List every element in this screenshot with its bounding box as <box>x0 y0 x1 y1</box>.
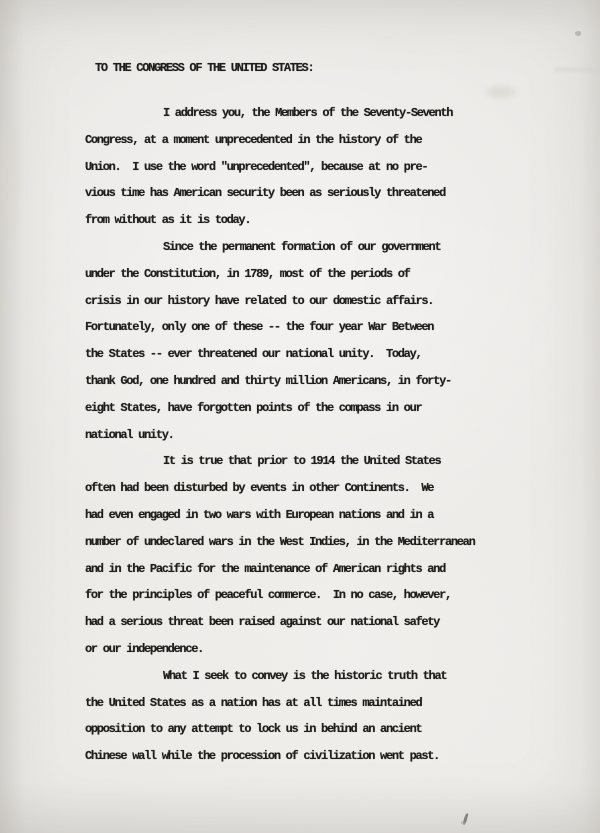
document-line: crisis in our history have related to ou… <box>85 288 474 315</box>
document-line: number of undeclared wars in the West In… <box>85 529 474 556</box>
document-line: national unity. <box>85 422 474 449</box>
document-line: and in the Pacific for the maintenance o… <box>85 556 474 583</box>
document-line: for the principles of peaceful commerce.… <box>85 582 474 609</box>
document-line: Union. I use the word "unprecedented", b… <box>85 154 474 181</box>
document-line: had a serious threat been raised against… <box>85 609 474 636</box>
document-line: vious time has American security been as… <box>85 180 474 207</box>
document-heading: TO THE CONGRESS OF THE UNITED STATES: <box>95 61 313 76</box>
document-line: had even engaged in two wars with Europe… <box>85 502 474 529</box>
document-line: eight States, have forgotten points of t… <box>85 395 474 422</box>
document-line: the United States as a nation has at all… <box>85 690 474 717</box>
document-line: Fortunately, only one of these -- the fo… <box>85 314 474 341</box>
scan-smudge <box>555 68 595 71</box>
scan-speck <box>575 31 581 36</box>
document-line: I address you, the Members of the Sevent… <box>85 100 474 127</box>
scan-smudge <box>0 120 14 240</box>
document-line: What I seek to convey is the historic tr… <box>85 663 474 690</box>
document-line: It is true that prior to 1914 the United… <box>85 448 474 475</box>
scan-speck <box>462 813 468 825</box>
document-line: thank God, one hundred and thirty millio… <box>85 368 474 395</box>
document-line: or our independence. <box>85 636 474 663</box>
document-line: often had been disturbed by events in ot… <box>85 475 474 502</box>
document-line: the States -- ever threatened our nation… <box>85 341 474 368</box>
document-line: opposition to any attempt to lock us in … <box>85 716 474 743</box>
document-line: under the Constitution, in 1789, most of… <box>85 261 474 288</box>
document-page: TO THE CONGRESS OF THE UNITED STATES: I … <box>0 0 600 833</box>
document-line: Chinese wall while the procession of civ… <box>85 743 474 770</box>
document-body: I address you, the Members of the Sevent… <box>85 100 474 770</box>
document-line: Since the permanent formation of our gov… <box>85 234 474 261</box>
document-line: from without as it is today. <box>85 207 474 234</box>
scan-smudge <box>486 86 516 98</box>
document-line: Congress, at a moment unprecedented in t… <box>85 127 474 154</box>
